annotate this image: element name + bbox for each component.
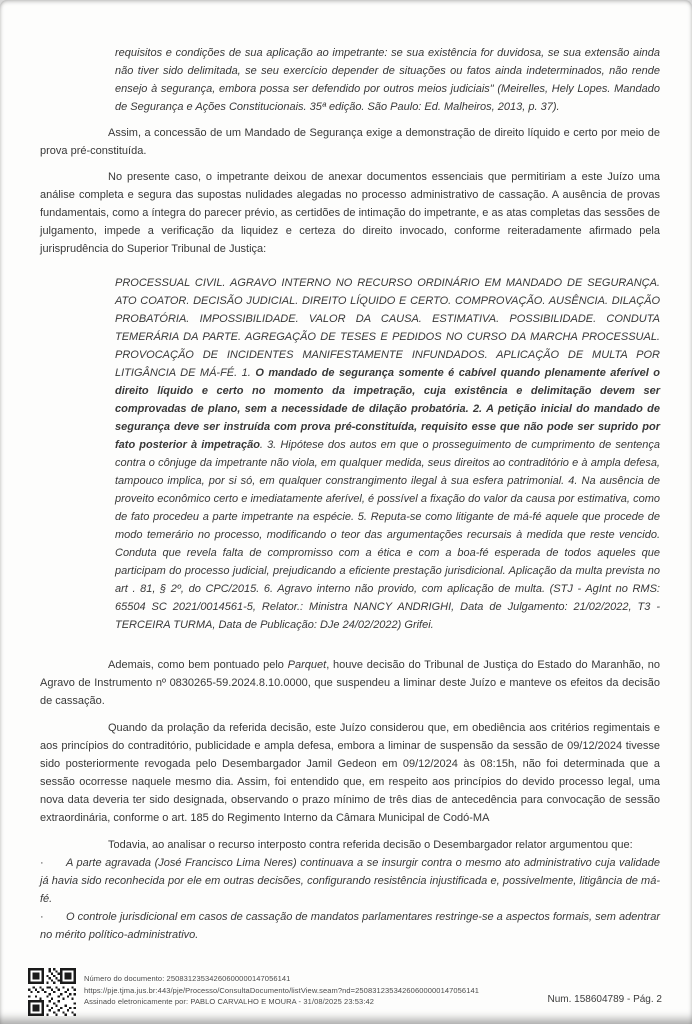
footer-metadata: Número do documento: 2508312353426060000… xyxy=(84,973,479,1008)
bullet-marker: · xyxy=(40,854,66,872)
document-url-text: https://pje.tjma.jus.br:443/pje/Processo… xyxy=(84,985,479,997)
paragraph-ademais-lead: Ademais, como bem pontuado pelo xyxy=(108,659,288,671)
bullet-item-controle-jurisdicional: ·O controle jurisdicional em casos de ca… xyxy=(40,908,660,944)
document-body: requisitos e condições de sua aplicação … xyxy=(40,44,660,944)
parquet-term: Parquet xyxy=(288,659,327,671)
qr-code-icon xyxy=(28,961,76,1023)
quote-stj-jurisprudence: PROCESSUAL CIVIL. AGRAVO INTERNO NO RECU… xyxy=(115,274,660,634)
bullet-text: O controle jurisdicional em casos de cas… xyxy=(40,911,660,941)
document-number-text: Número do documento: 2508312353426060000… xyxy=(84,973,479,985)
bullet-item-parte-agravada: ·A parte agravada (José Francisco Lima N… xyxy=(40,854,660,908)
paragraph-ademais: Ademais, como bem pontuado pelo Parquet,… xyxy=(40,656,660,710)
bullet-text: A parte agravada (José Francisco Lima Ne… xyxy=(40,857,660,905)
page-number-label: Num. 158604789 - Pág. 2 xyxy=(547,994,662,1005)
paragraph-todavia: Todavia, ao analisar o recurso interpost… xyxy=(40,836,660,854)
bullet-marker: · xyxy=(40,908,66,926)
paragraph-assim: Assim, a concessão de um Mandado de Segu… xyxy=(40,124,660,160)
paragraph-quando-prolacao: Quando da prolação da referida decisão, … xyxy=(40,719,660,827)
quote-meirelles: requisitos e condições de sua aplicação … xyxy=(115,44,660,116)
scanned-document-page: requisitos e condições de sua aplicação … xyxy=(0,0,692,1024)
quote-stj-header-segment: PROCESSUAL CIVIL. AGRAVO INTERNO NO RECU… xyxy=(115,277,660,379)
signature-text: Assinado eletronicamente por: PABLO CARV… xyxy=(84,996,479,1008)
quote-stj-tail-segment: . 3. Hipótese dos autos em que o prosseg… xyxy=(115,439,660,631)
paragraph-presente-caso: No presente caso, o impetrante deixou de… xyxy=(40,168,660,258)
